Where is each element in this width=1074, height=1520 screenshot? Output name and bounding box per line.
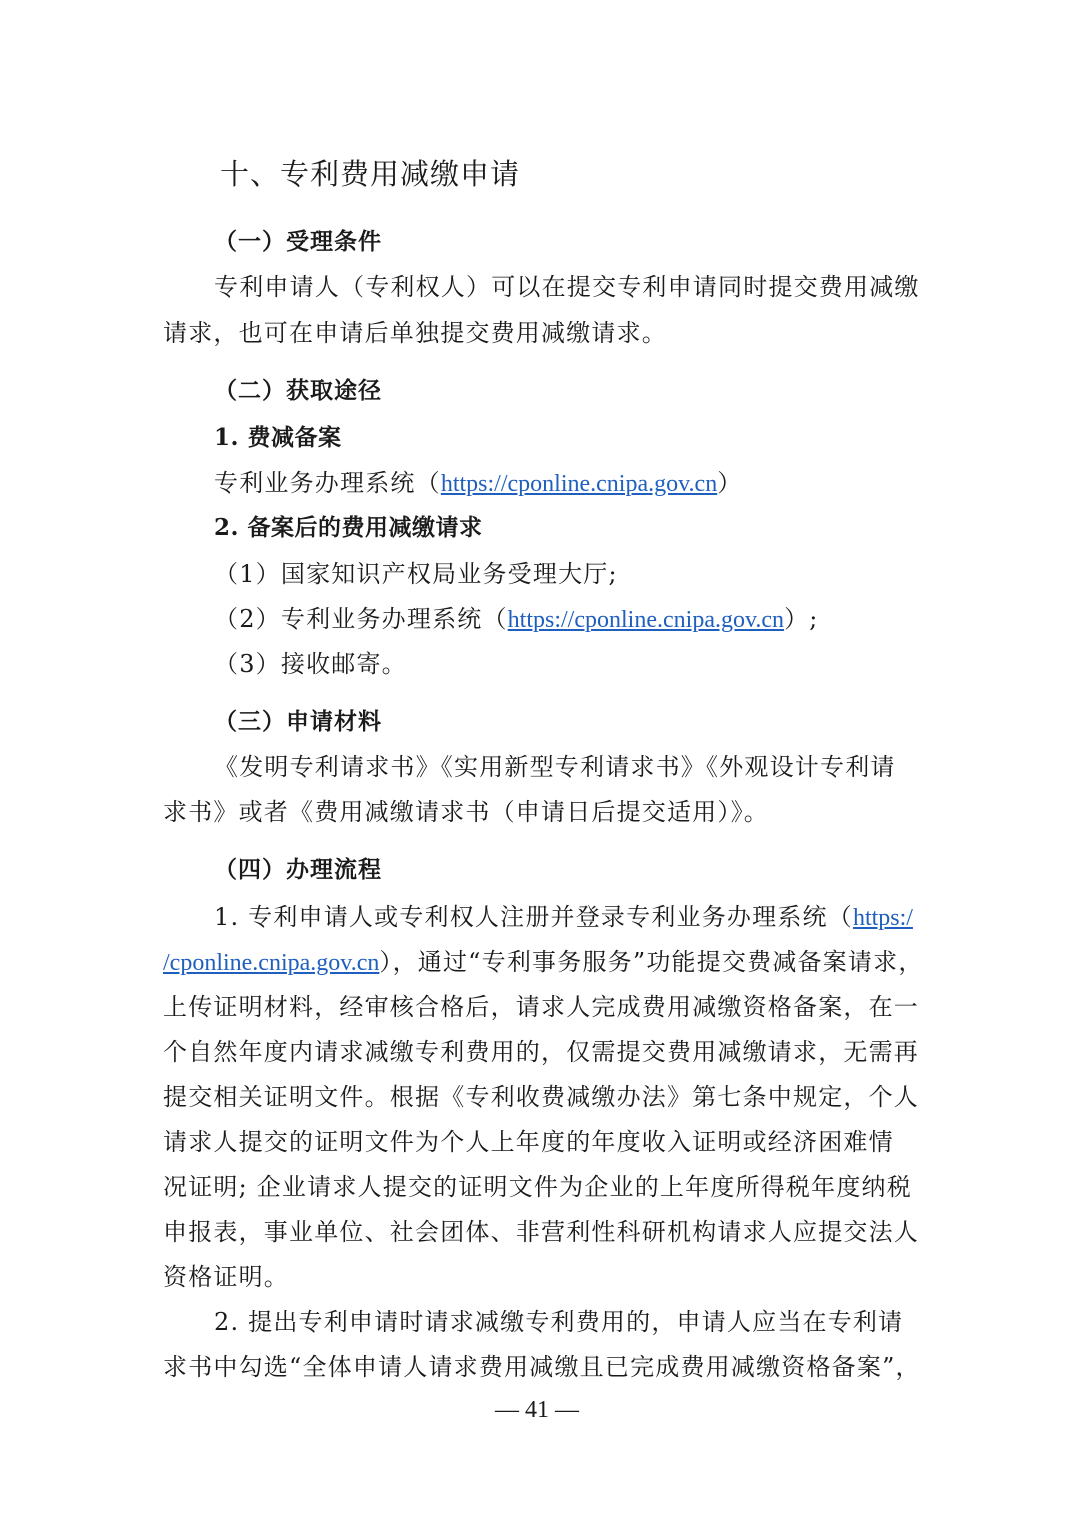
text: ） (717, 469, 742, 497)
paragraph-line: 2. 提出专利申请时请求减缴专利费用的，申请人应当在专利请 (214, 1307, 903, 1337)
text: 专利业务办理系统（ (214, 469, 441, 497)
text: ），通过“专利事务服务”功能提交费减备案请求， (379, 948, 923, 976)
section-title: 十、专利费用减缴申请 (220, 156, 520, 192)
paragraph-line: 况证明; 企业请求人提交的证明文件为企业的上年度所得税年度纳税 (163, 1172, 912, 1202)
subheading-fee-filing: 1. 费减备案 (214, 423, 342, 453)
cponline-link-part2[interactable]: /cponline.cnipa.gov.cn (163, 950, 379, 976)
page-number: — 41 — (0, 1397, 1074, 1424)
paragraph-line: 请求人提交的证明文件为个人上年度的年度收入证明或经济困难情 (163, 1127, 894, 1157)
paragraph-line: 个自然年度内请求减缴专利费用的，仅需提交费用减缴请求，无需再 (163, 1037, 919, 1067)
paragraph-line: 申报表，事业单位、社会团体、非营利性科研机构请求人应提交法人 (163, 1217, 919, 1247)
heading-application-materials: （三）申请材料 (214, 707, 382, 737)
paragraph-line: /cponline.cnipa.gov.cn），通过“专利事务服务”功能提交费减… (163, 947, 924, 978)
text: ）; (784, 605, 819, 633)
paragraph-line: 求书中勾选“全体申请人请求费用减缴且已完成费用减缴资格备案”， (163, 1352, 921, 1382)
heading-acceptance-conditions: （一）受理条件 (214, 227, 382, 257)
paragraph-line: 《发明专利请求书》《实用新型专利请求书》《外观设计专利请 (214, 752, 896, 782)
paragraph-line: 专利申请人（专利权人）可以在提交专利申请同时提交费用减缴 (214, 272, 920, 302)
list-item: （2）专利业务办理系统（https://cponline.cnipa.gov.c… (214, 604, 819, 635)
paragraph-line: 资格证明。 (163, 1262, 289, 1292)
paragraph-line: 上传证明材料，经审核合格后，请求人完成费用减缴资格备案，在一 (163, 992, 919, 1022)
list-item: （3）接收邮寄。 (214, 649, 407, 679)
cponline-link[interactable]: https://cponline.cnipa.gov.cn (441, 471, 717, 497)
text: 1. 专利申请人或专利权人注册并登录专利业务办理系统（ (214, 903, 853, 931)
heading-access-channels: （二）获取途径 (214, 376, 382, 406)
list-item: （1）国家知识产权局业务受理大厅; (214, 559, 618, 589)
paragraph-line: 请求，也可在申请后单独提交费用减缴请求。 (163, 318, 667, 348)
paragraph-line: 专利业务办理系统（https://cponline.cnipa.gov.cn） (214, 468, 742, 499)
cponline-link-part1[interactable]: https:/ (853, 905, 913, 931)
cponline-link[interactable]: https://cponline.cnipa.gov.cn (508, 607, 784, 633)
paragraph-line: 提交相关证明文件。根据《专利收费减缴办法》第七条中规定，个人 (163, 1082, 919, 1112)
subheading-post-filing-request: 2. 备案后的费用减缴请求 (214, 513, 483, 543)
paragraph-line: 1. 专利申请人或专利权人注册并登录专利业务办理系统（https:/ (214, 902, 913, 933)
text: （2）专利业务办理系统（ (214, 605, 508, 633)
paragraph-line: 求书》或者《费用减缴请求书（申请日后提交适用）》。 (163, 797, 769, 827)
heading-procedure: （四）办理流程 (214, 855, 382, 885)
